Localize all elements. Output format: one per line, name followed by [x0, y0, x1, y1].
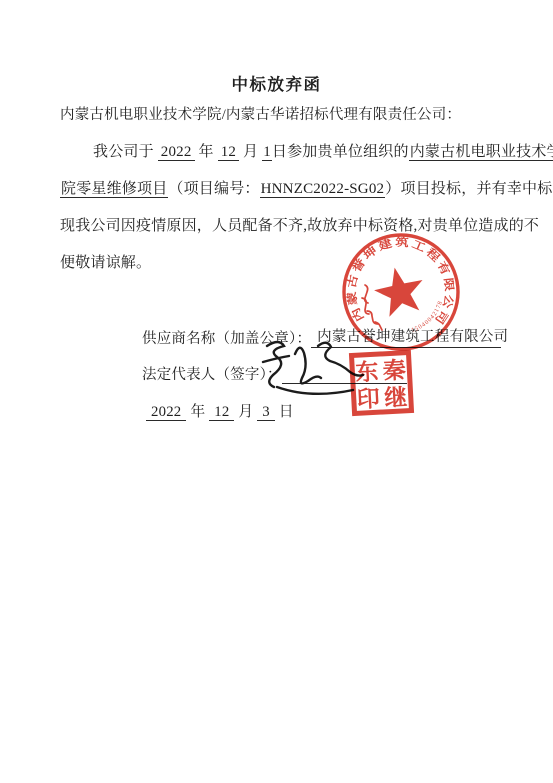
supplier-name-value: 内蒙古誉坤建筑工程有限公司: [311, 325, 501, 348]
signature-blank-line: [282, 366, 407, 384]
letter-page: 中标放弃函 内蒙古机电职业技术学院/内蒙古华诺招标代理有限责任公司： 我公司于 …: [0, 0, 553, 783]
star-icon: [374, 268, 422, 317]
bid-year-underlined: 2022: [158, 144, 195, 161]
body-line-4: 便敬请谅解。: [60, 251, 151, 272]
bid-day-underlined: 1: [262, 144, 272, 161]
square-seal-char-bottom-left: 印: [356, 386, 380, 412]
date-month-unit: 月: [238, 404, 253, 420]
date-year-unit: 年: [190, 404, 205, 420]
body-l1-year-unit: 年: [199, 144, 214, 160]
body-line-1: 我公司于 2022 年 12 月 1日参加贵单位组织的内蒙古机电职业技术学: [60, 140, 553, 161]
square-seal-char-bottom-right: 继: [384, 385, 408, 411]
mongolian-script-marks: [362, 285, 382, 330]
body-l1-after-day: 日参加贵单位组织的: [272, 144, 409, 160]
bid-month-underlined: 12: [218, 144, 239, 161]
supplier-label: 供应商名称（加盖公章）：: [142, 331, 311, 347]
supplier-name-line: 供应商名称（加盖公章）：内蒙古誉坤建筑工程有限公司: [142, 325, 501, 348]
date-line: 2022 年 12 月 3 日: [146, 400, 294, 421]
legal-rep-label: 法定代表人（签字）：: [142, 367, 282, 383]
project-name-part1-underlined: 内蒙古机电职业技术学: [409, 144, 553, 161]
project-code-underlined: HNNZC2022-SG02: [260, 181, 386, 198]
date-month-underlined: 12: [209, 404, 234, 421]
body-line-2: 院零星维修项目（项目编号：HNNZC2022-SG02）项目投标，并有幸中标。: [60, 177, 553, 198]
body-l2-after-code: ）项目投标，并有幸中标。: [385, 181, 553, 197]
document-title: 中标放弃函: [0, 71, 553, 95]
body-l2-code-label: （项目编号：: [168, 181, 259, 197]
seal-company-arc-text: 内蒙古誉坤建筑工程有限公司: [344, 235, 457, 329]
body-l1-pre: 我公司于: [93, 144, 154, 160]
legal-representative-line: 法定代表人（签字）：: [142, 363, 407, 384]
body-l1-month-unit: 月: [243, 144, 258, 160]
date-day-underlined: 3: [257, 404, 275, 421]
date-day-unit: 日: [279, 404, 294, 420]
date-year-underlined: 2022: [146, 404, 186, 421]
body-line-3: 现我公司因疫情原因，人员配备不齐,故放弃中标资格,对贵单位造成的不: [60, 214, 539, 235]
salutation-line: 内蒙古机电职业技术学院/内蒙古华诺招标代理有限责任公司：: [60, 103, 461, 124]
project-name-part2-underlined: 院零星维修项目: [60, 181, 168, 198]
